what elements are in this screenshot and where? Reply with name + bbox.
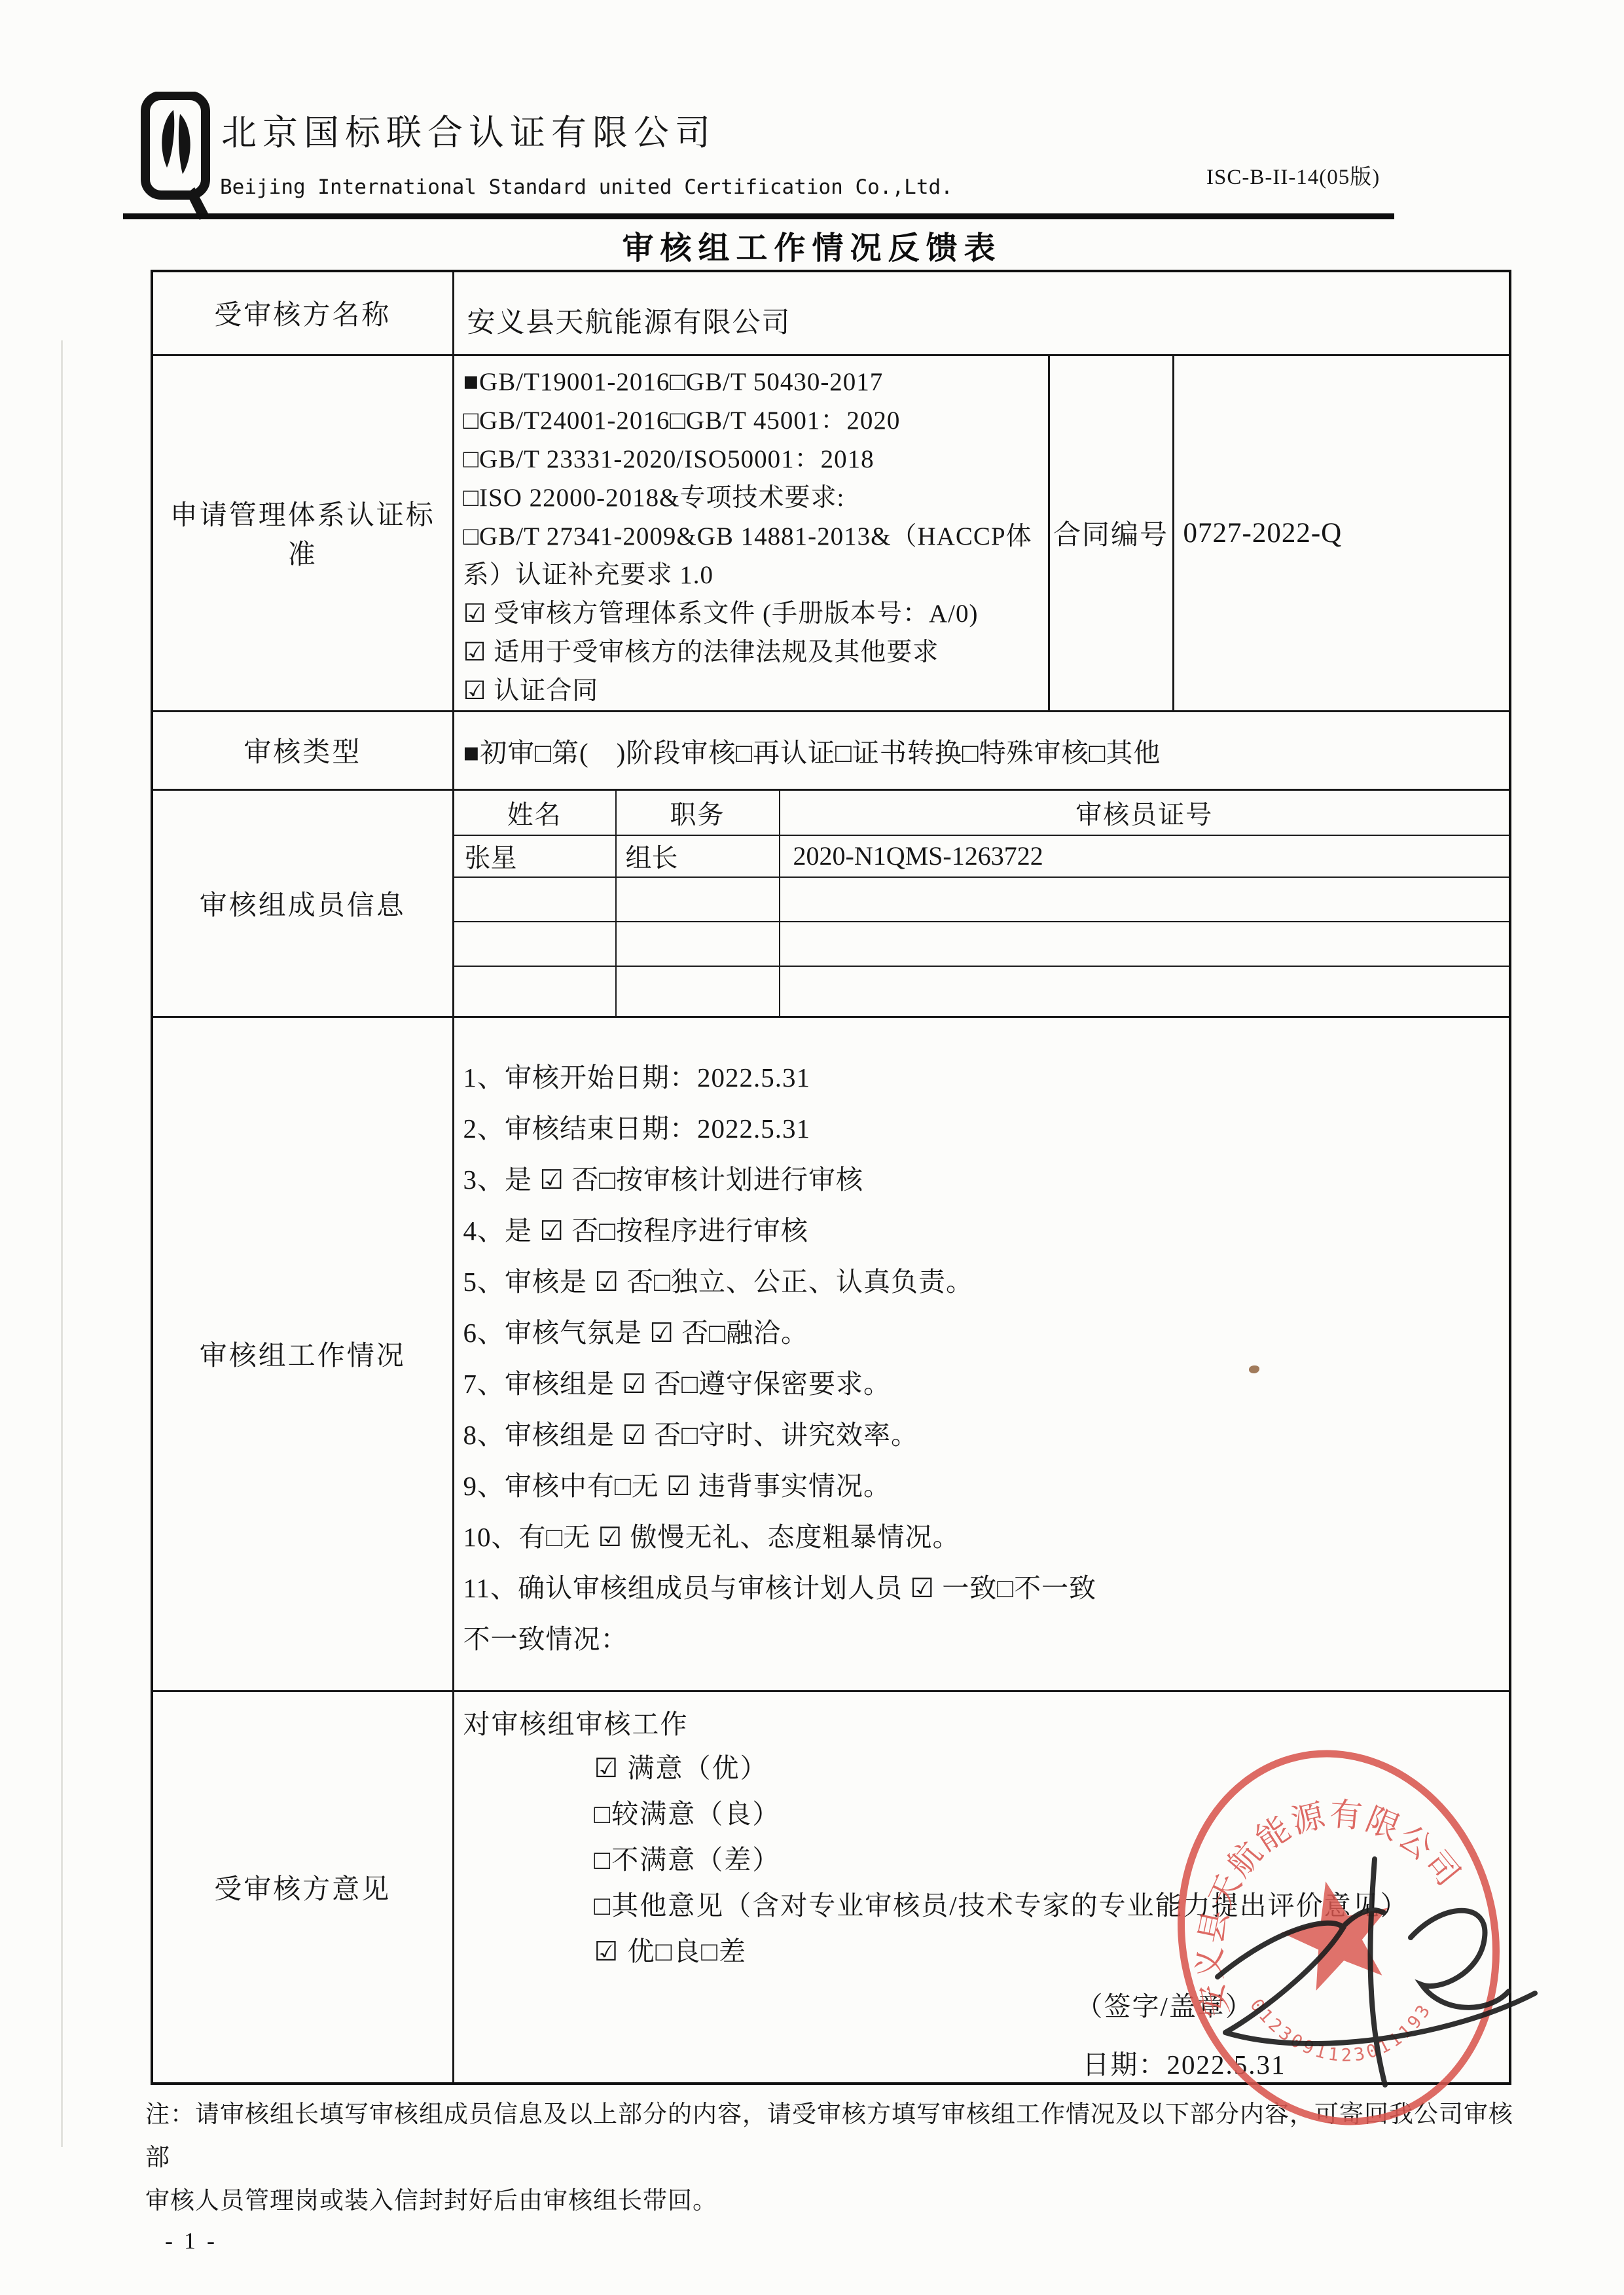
standard-option: □GB/T 23331-2020/ISO50001：2018 [463, 440, 1044, 479]
contract-no-value: 0727-2022-Q [1173, 355, 1510, 711]
standard-option: ■GB/T19001-2016□GB/T 50430-2017 [463, 363, 1044, 401]
team-row: 审核组成员信息 姓名 职务 审核员证号 张星 组长 2020-N1QMS-126… [152, 789, 1510, 1017]
standard-option: □GB/T 27341-2009&GB 14881-2013&（HACCP体系）… [463, 517, 1044, 594]
opinion-option: ☑ 优□良□差 [594, 1928, 1509, 1974]
opinion-heading: 对审核组审核工作 [454, 1693, 1509, 1745]
standards-row: 申请管理体系认证标准 ■GB/T19001-2016□GB/T 50430-20… [152, 355, 1510, 711]
team-label: 审核组成员信息 [152, 789, 453, 1017]
work-item: 5、审核是 ☑ 否□独立、公正、认真负责。 [463, 1256, 1504, 1307]
work-status-list: 1、审核开始日期：2022.5.31 2、审核结束日期：2022.5.31 3、… [453, 1017, 1510, 1691]
footer-note-line1: 注：请审核组长填写审核组成员信息及以上部分的内容，请受审核方填写审核组工作情况及… [145, 2093, 1520, 2180]
work-item: 10、有□无 ☑ 傲慢无礼、态度粗暴情况。 [463, 1511, 1504, 1563]
work-item: 2、审核结束日期：2022.5.31 [463, 1103, 1504, 1154]
work-item: 不一致情况： [463, 1614, 1504, 1665]
standard-option: ☑ 受审核方管理体系文件 (手册版本号：A/0) [463, 594, 1044, 633]
team-members-table: 姓名 职务 审核员证号 张星 组长 2020-N1QMS-1263722 [454, 791, 1509, 1016]
auditee-label: 受审核方名称 [152, 271, 453, 355]
opinion-option: □其他意见（含对专业审核员/技术专家的专业能力提出评价意见） [594, 1883, 1509, 1928]
work-item: 6、审核气氛是 ☑ 否□融洽。 [463, 1307, 1504, 1358]
member-name: 张星 [454, 835, 616, 877]
team-member-row [454, 922, 1509, 966]
standards-checklist: ■GB/T19001-2016□GB/T 50430-2017 □GB/T240… [453, 355, 1049, 711]
opinion-label: 受审核方意见 [152, 1691, 453, 2084]
work-item: 7、审核组是 ☑ 否□遵守保密要求。 [463, 1358, 1504, 1409]
org-name-en: Beijing International Standard united Ce… [220, 175, 953, 199]
standard-option: ☑ 认证合同 [463, 672, 1044, 710]
form-code: ISC-B-II-14(05版) [1206, 160, 1380, 190]
auditee-row: 受审核方名称 安义县天航能源有限公司 [152, 271, 1510, 355]
work-item: 3、是 ☑ 否□按审核计划进行审核 [463, 1154, 1504, 1205]
opinion-option: □不满意（差） [594, 1837, 1509, 1883]
team-member-row [454, 966, 1509, 1016]
opinion-date: 日期：2022.5.31 [1083, 2043, 1509, 2082]
work-status-row: 审核组工作情况 1、审核开始日期：2022.5.31 2、审核结束日期：2022… [152, 1017, 1510, 1691]
audit-type-label: 审核类型 [152, 711, 453, 789]
member-role: 组长 [616, 835, 780, 877]
auditee-value: 安义县天航能源有限公司 [453, 271, 1510, 355]
page-number: - 1 - [165, 2227, 217, 2254]
standard-option: ☑ 适用于受审核方的法律法规及其他要求 [463, 633, 1044, 672]
certification-company-logo-icon [139, 92, 217, 223]
work-item: 9、审核中有□无 ☑ 违背事实情况。 [463, 1460, 1504, 1511]
standard-option: □GB/T24001-2016□GB/T 45001：2020 [463, 401, 1044, 440]
col-cert-no: 审核员证号 [780, 791, 1509, 835]
scanned-form-page: 北京国标联合认证有限公司 Beijing International Stand… [0, 0, 1624, 2295]
footer-note: 注：请审核组长填写审核组成员信息及以上部分的内容，请受审核方填写审核组工作情况及… [145, 2093, 1520, 2223]
team-member-row: 张星 组长 2020-N1QMS-1263722 [454, 835, 1509, 877]
work-item: 11、确认审核组成员与审核计划人员 ☑ 一致□不一致 [463, 1563, 1504, 1614]
footer-note-line2: 审核人员管理岗或装入信封封好后由审核组长带回。 [145, 2180, 1520, 2223]
auditee-opinion-row: 受审核方意见 对审核组审核工作 ☑ 满意（优） □较满意（良） □不满意（差） … [152, 1691, 1510, 2084]
signature-label: （签字/盖章） [1076, 1985, 1509, 2023]
standards-label: 申请管理体系认证标准 [152, 355, 453, 711]
team-table-cell: 姓名 职务 审核员证号 张星 组长 2020-N1QMS-1263722 [453, 789, 1510, 1017]
work-item: 1、审核开始日期：2022.5.31 [463, 1052, 1504, 1103]
member-cert-no: 2020-N1QMS-1263722 [780, 835, 1509, 877]
feedback-form-table: 受审核方名称 安义县天航能源有限公司 申请管理体系认证标准 ■GB/T19001… [151, 270, 1511, 2085]
opinion-option: ☑ 满意（优） [594, 1745, 1509, 1791]
opinion-cell: 对审核组审核工作 ☑ 满意（优） □较满意（良） □不满意（差） □其他意见（含… [453, 1691, 1510, 2084]
scan-edge-artifact [61, 340, 63, 2147]
team-header-row: 姓名 职务 审核员证号 [454, 791, 1509, 835]
col-name: 姓名 [454, 791, 616, 835]
work-status-label: 审核组工作情况 [152, 1017, 453, 1691]
team-member-row [454, 877, 1509, 922]
audit-type-row: 审核类型 ■初审□第( )阶段审核□再认证□证书转换□特殊审核□其他 [152, 711, 1510, 789]
page-title: 审核组工作情况反馈表 [0, 223, 1624, 268]
contract-no-label: 合同编号 [1049, 355, 1173, 711]
work-item: 8、审核组是 ☑ 否□守时、讲究效率。 [463, 1409, 1504, 1460]
standard-option: □ISO 22000-2018&专项技术要求: [463, 479, 1044, 517]
org-name-cn: 北京国标联合认证有限公司 [221, 105, 716, 155]
work-item: 4、是 ☑ 否□按程序进行审核 [463, 1205, 1504, 1256]
opinion-option: □较满意（良） [594, 1791, 1509, 1837]
header-rule [123, 213, 1394, 219]
col-role: 职务 [616, 791, 780, 835]
audit-type-value: ■初审□第( )阶段审核□再认证□证书转换□特殊审核□其他 [453, 711, 1510, 789]
